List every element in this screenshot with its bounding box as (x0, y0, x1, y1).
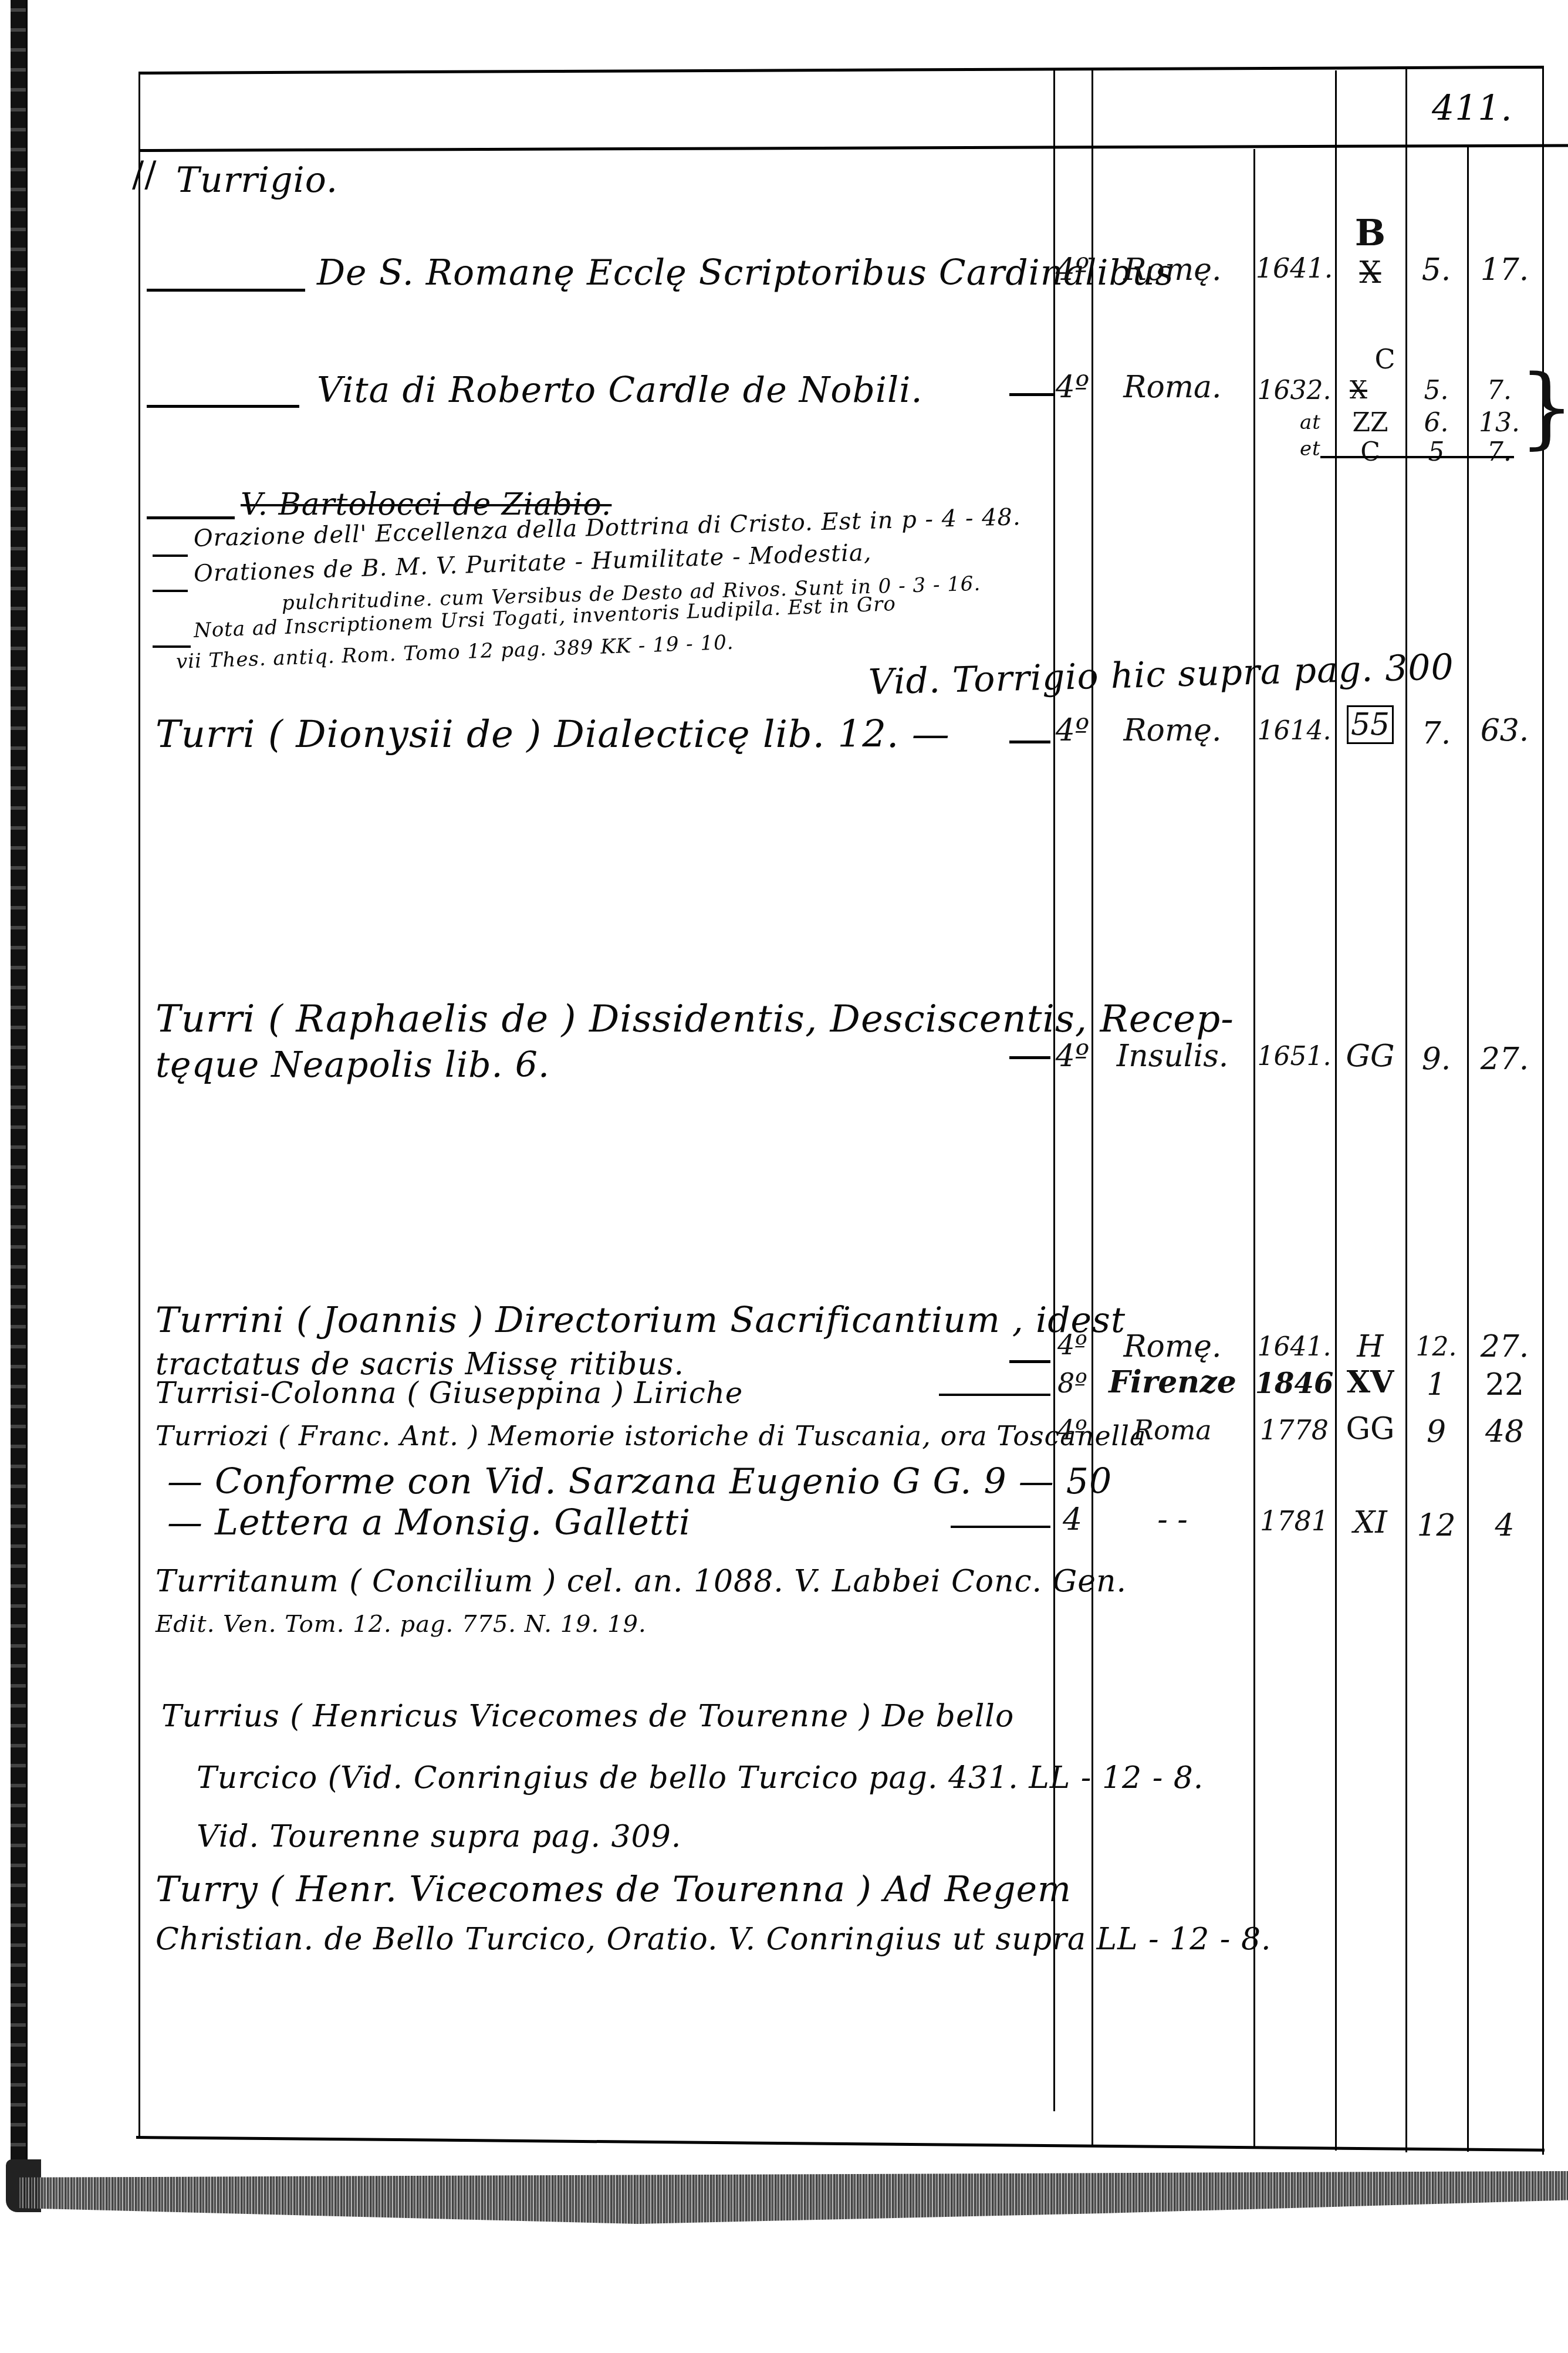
entry-shelf-struck: X (1335, 376, 1382, 404)
row-number: 22 (1467, 1367, 1542, 1402)
col-line-year-left (1253, 149, 1255, 2147)
row-format: 4º (1053, 1039, 1091, 1074)
row-title: Turriozi ( Franc. Ant. ) Memorie istoric… (156, 1420, 1146, 1452)
row-number: 27. (1467, 1042, 1542, 1077)
alt-shelf-struck: C (1335, 437, 1405, 467)
row-year: 1778 (1253, 1414, 1335, 1446)
entry-shelf: B (1335, 211, 1405, 254)
entry-lead-dash (147, 516, 235, 519)
book-spine (11, 0, 28, 2183)
page-number: 411. (1432, 88, 1513, 129)
row-year: 1641. (1253, 1332, 1335, 1362)
row-case: 7. (1405, 716, 1467, 751)
alt-prefix: at (1300, 411, 1321, 434)
row-format: 4º (1053, 1414, 1091, 1446)
row-place: - - (1091, 1502, 1253, 1537)
row-shelf: 55 (1335, 707, 1405, 742)
row-case: 12. (1405, 1332, 1467, 1362)
entry-lead-dash (147, 289, 305, 292)
row-title: Turry ( Henr. Vicecomes de Tourenna ) Ad… (156, 1869, 1072, 1910)
row-continuation: Vid. Tourenne supra pag. 309. (197, 1819, 681, 1854)
row-case: 1 (1405, 1367, 1467, 1402)
entry-place: Romę. (1091, 252, 1253, 288)
entry-title: De S. Romanę Ecclę Scriptoribus Cardinal… (317, 252, 1174, 293)
entry-title: Vita di Roberto Cardle de Nobili. (317, 370, 923, 411)
alt-strike-line (1320, 456, 1514, 458)
row-place: Romę. (1091, 713, 1253, 748)
entry-shelf-struck: X (1335, 255, 1405, 290)
row-shelf: XV (1335, 1364, 1405, 1400)
entry-case: 5. (1405, 252, 1467, 288)
entry-year: 1641. (1253, 252, 1335, 284)
entry-number: 17. (1467, 252, 1542, 288)
row-case: 9 (1405, 1414, 1467, 1449)
row-number: 63. (1467, 713, 1542, 748)
row-fill-dash (1009, 1056, 1050, 1059)
row-title: Turrisi-Colonna ( Giuseppina ) Liriche (156, 1376, 743, 1410)
entry-format: 4º (1053, 252, 1091, 288)
row-year: 1614. (1253, 716, 1335, 746)
row-format: 4 (1053, 1502, 1091, 1537)
row-continuation: Edit. Ven. Tom. 12. pag. 775. N. 19. 19. (156, 1611, 647, 1638)
row-year: 1781 (1253, 1505, 1335, 1537)
entry-lead-dash (153, 645, 191, 648)
row-year: 1651. (1253, 1042, 1335, 1071)
row-year: 1846 (1253, 1367, 1335, 1400)
bottom-rule (136, 2136, 1545, 2152)
row-continuation: Christian. de Bello Turcico, Oratio. V. … (156, 1922, 1272, 1957)
row-fill-dash (939, 1394, 1050, 1396)
row-shelf-boxed: 55 (1347, 705, 1394, 744)
row-title: Turri ( Dionysii de ) Dialecticę lib. 12… (156, 713, 950, 756)
row-shelf: GG (1335, 1411, 1405, 1446)
alt-case-struck: 5 (1405, 437, 1467, 467)
row-number: 48 (1467, 1414, 1542, 1449)
alt-case: 6. (1405, 408, 1467, 438)
row-number: 27. (1467, 1329, 1542, 1364)
row-format: 4º (1053, 713, 1091, 748)
row-place: Insulis. (1091, 1039, 1253, 1074)
row-fill-dash (1009, 741, 1050, 743)
entry-format: 4º (1053, 370, 1091, 405)
row-case: 12 (1405, 1508, 1467, 1543)
left-border (138, 72, 140, 2137)
heading-name: Turrigio. (176, 160, 338, 201)
entry-lead-dash (153, 555, 188, 557)
header-rule (138, 144, 1568, 152)
row-place: Roma (1091, 1414, 1253, 1446)
row-shelf: GG (1335, 1039, 1405, 1074)
heading-mark: // (132, 154, 157, 195)
row-title: — Conforme con Vid. Sarzana Eugenio G G.… (167, 1461, 1112, 1502)
page-bottom-edge (18, 2171, 1568, 2224)
entry-year: 1632. (1253, 376, 1335, 405)
row-fill-dash (951, 1526, 1050, 1528)
row-shelf: XI (1335, 1505, 1405, 1540)
alt-shelf: ZZ (1335, 408, 1405, 438)
alternates-brace: } (1519, 364, 1568, 452)
row-title: Turri ( Raphaelis de ) Dissidentis, Desc… (156, 998, 1234, 1041)
row-place: Firenze (1091, 1364, 1253, 1400)
row-title: Turrius ( Henricus Vicecomes de Tourenne… (161, 1699, 1014, 1734)
entry-case: 5. (1405, 376, 1467, 405)
alt-prefix: et (1300, 437, 1321, 461)
entry-shelf-sup: C (1367, 343, 1403, 375)
row-title: Turrini ( Joannis ) Directorium Sacrific… (156, 1300, 1126, 1341)
row-fill-dash (1009, 1360, 1050, 1363)
row-continuation: Turcico (Vid. Conringius de bello Turcic… (197, 1760, 1204, 1796)
row-shelf: H (1335, 1329, 1405, 1364)
row-continuation: tęque Neapolis lib. 6. (156, 1044, 550, 1086)
row-number: 4 (1467, 1508, 1542, 1543)
entry-place: Roma. (1091, 370, 1253, 405)
row-title: — Lettera a Monsig. Galletti (167, 1502, 691, 1543)
row-format: 8º (1053, 1367, 1091, 1399)
entry-lead-dash (147, 405, 299, 408)
row-format: 4º (1053, 1329, 1091, 1361)
row-case: 9. (1405, 1042, 1467, 1077)
row-place: Romę. (1091, 1329, 1253, 1364)
top-rule (138, 66, 1544, 75)
cross-reference: Vid. Torrigio hic supra pag. 300 (868, 647, 1454, 703)
entry-fill-dash (1009, 393, 1053, 396)
row-title: Turritanum ( Concilium ) cel. an. 1088. … (156, 1564, 1127, 1599)
entry-lead-dash (153, 590, 188, 592)
